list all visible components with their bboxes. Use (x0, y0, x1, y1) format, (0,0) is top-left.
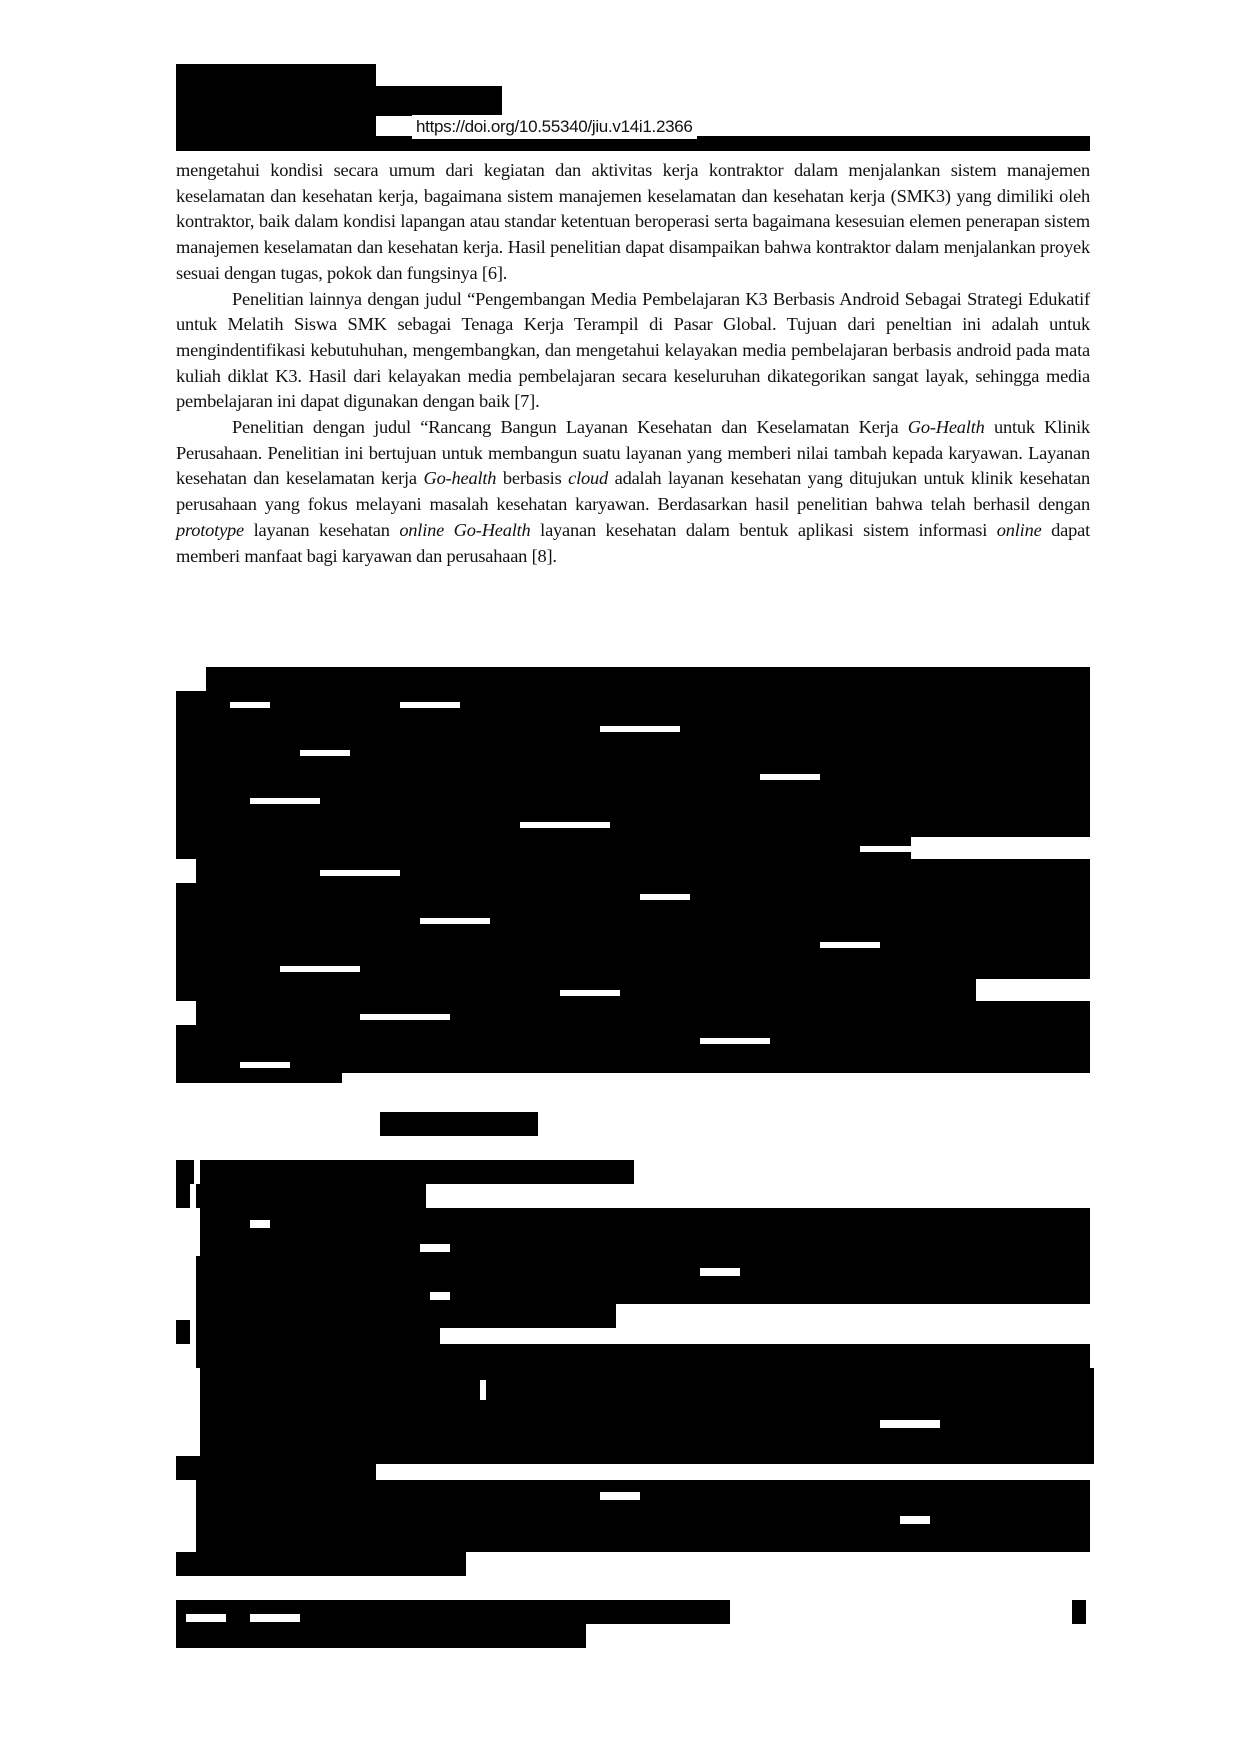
body-text: mengetahui kondisi secara umum dari kegi… (176, 158, 1090, 569)
paragraph-1: mengetahui kondisi secara umum dari kegi… (176, 158, 1090, 287)
redacted-page-number (1072, 1600, 1086, 1624)
paragraph-2: Penelitian lainnya dengan judul “Pengemb… (176, 287, 1090, 416)
doi-link[interactable]: https://doi.org/10.55340/jiu.v14i1.2366 (412, 115, 697, 139)
paragraph-3: Penelitian dengan judul “Rancang Bangun … (176, 415, 1090, 569)
redacted-section-heading (380, 1112, 538, 1136)
list-marker (176, 1160, 194, 1184)
list-marker (176, 1184, 190, 1208)
redacted-journal-title (376, 86, 502, 116)
list-marker (176, 1320, 190, 1344)
document-page: https://doi.org/10.55340/jiu.v14i1.2366 … (0, 0, 1240, 1754)
